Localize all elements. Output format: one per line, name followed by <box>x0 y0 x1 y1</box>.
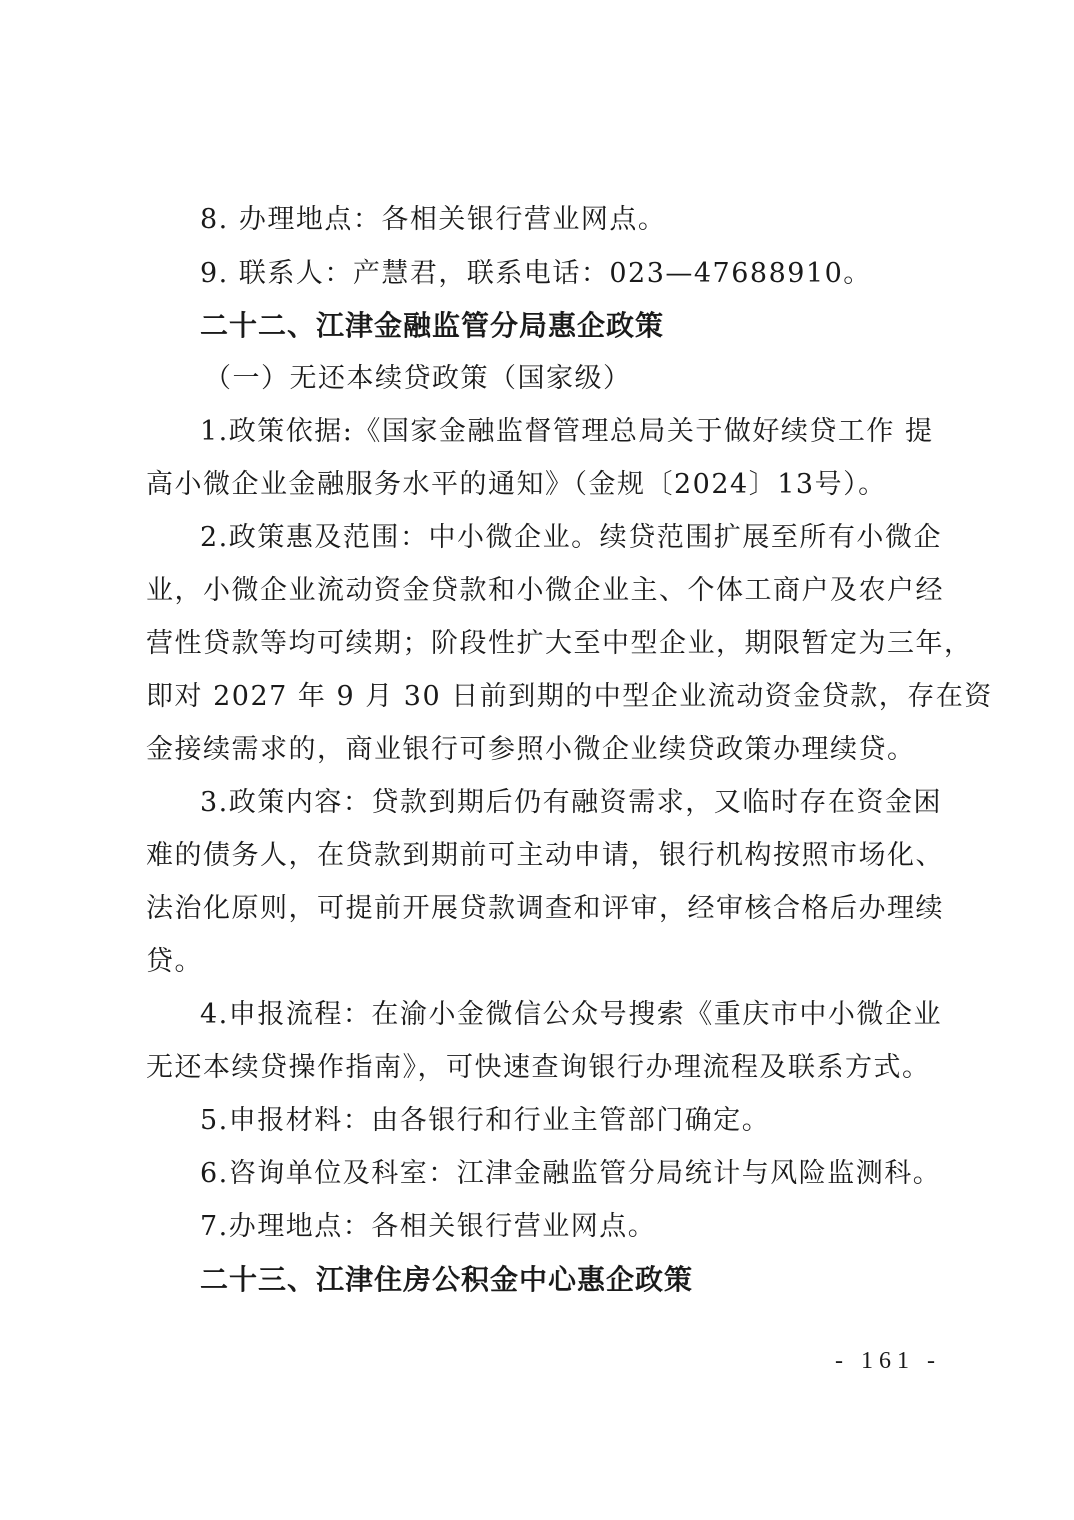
item-3-line-4: 贷。 <box>146 944 942 980</box>
item-4-line-2: 无还本续贷操作指南》，可快速查询银行办理流程及联系方式。 <box>146 1050 942 1086</box>
subsection-heading-1: （一）无还本续贷政策（国家级） <box>204 361 1000 397</box>
page-number: - 161 - <box>835 1348 941 1375</box>
item-2-line-4: 即对 2027 年 9 月 30 日前到期的中型企业流动资金贷款，存在资 <box>146 679 942 715</box>
item-2-line-1: 2.政策惠及范围：中小微企业。续贷范围扩展至所有小微企 <box>200 520 942 556</box>
item-3-line-3: 法治化原则，可提前开展贷款调查和评审，经审核合格后办理续 <box>146 891 942 927</box>
item-1-line-1: 1.政策依据:《国家金融监督管理总局关于做好续贷工作 提 <box>200 414 942 450</box>
item-1-line-2: 高小微企业金融服务水平的通知》（金规〔2024〕13号）。 <box>146 467 942 503</box>
item-2-line-5: 金接续需求的，商业银行可参照小微企业续贷政策办理续贷。 <box>146 732 942 768</box>
item-5-materials: 5.申报材料：由各银行和行业主管部门确定。 <box>200 1103 996 1139</box>
item-8-location: 8. 办理地点：各相关银行营业网点。 <box>200 202 996 238</box>
item-3-line-1: 3.政策内容：贷款到期后仍有融资需求，又临时存在资金困 <box>200 785 942 821</box>
item-7-location: 7.办理地点：各相关银行营业网点。 <box>200 1209 996 1245</box>
item-9-contact: 9. 联系人：产慧君，联系电话：023—47688910。 <box>200 256 996 292</box>
item-2-line-2: 业，小微企业流动资金贷款和小微企业主、个体工商户及农户经 <box>146 573 942 609</box>
item-2-line-3: 营性贷款等均可续期；阶段性扩大至中型企业，期限暂定为三年， <box>146 626 942 662</box>
section-heading-23: 二十三、江津住房公积金中心惠企政策 <box>200 1262 996 1298</box>
section-heading-22: 二十二、江津金融监管分局惠企政策 <box>200 308 996 344</box>
item-6-consult-unit: 6.咨询单位及科室：江津金融监管分局统计与风险监测科。 <box>200 1156 996 1192</box>
item-4-line-1: 4.申报流程：在渝小金微信公众号搜索《重庆市中小微企业 <box>200 997 942 1033</box>
item-3-line-2: 难的债务人，在贷款到期前可主动申请，银行机构按照市场化、 <box>146 838 942 874</box>
